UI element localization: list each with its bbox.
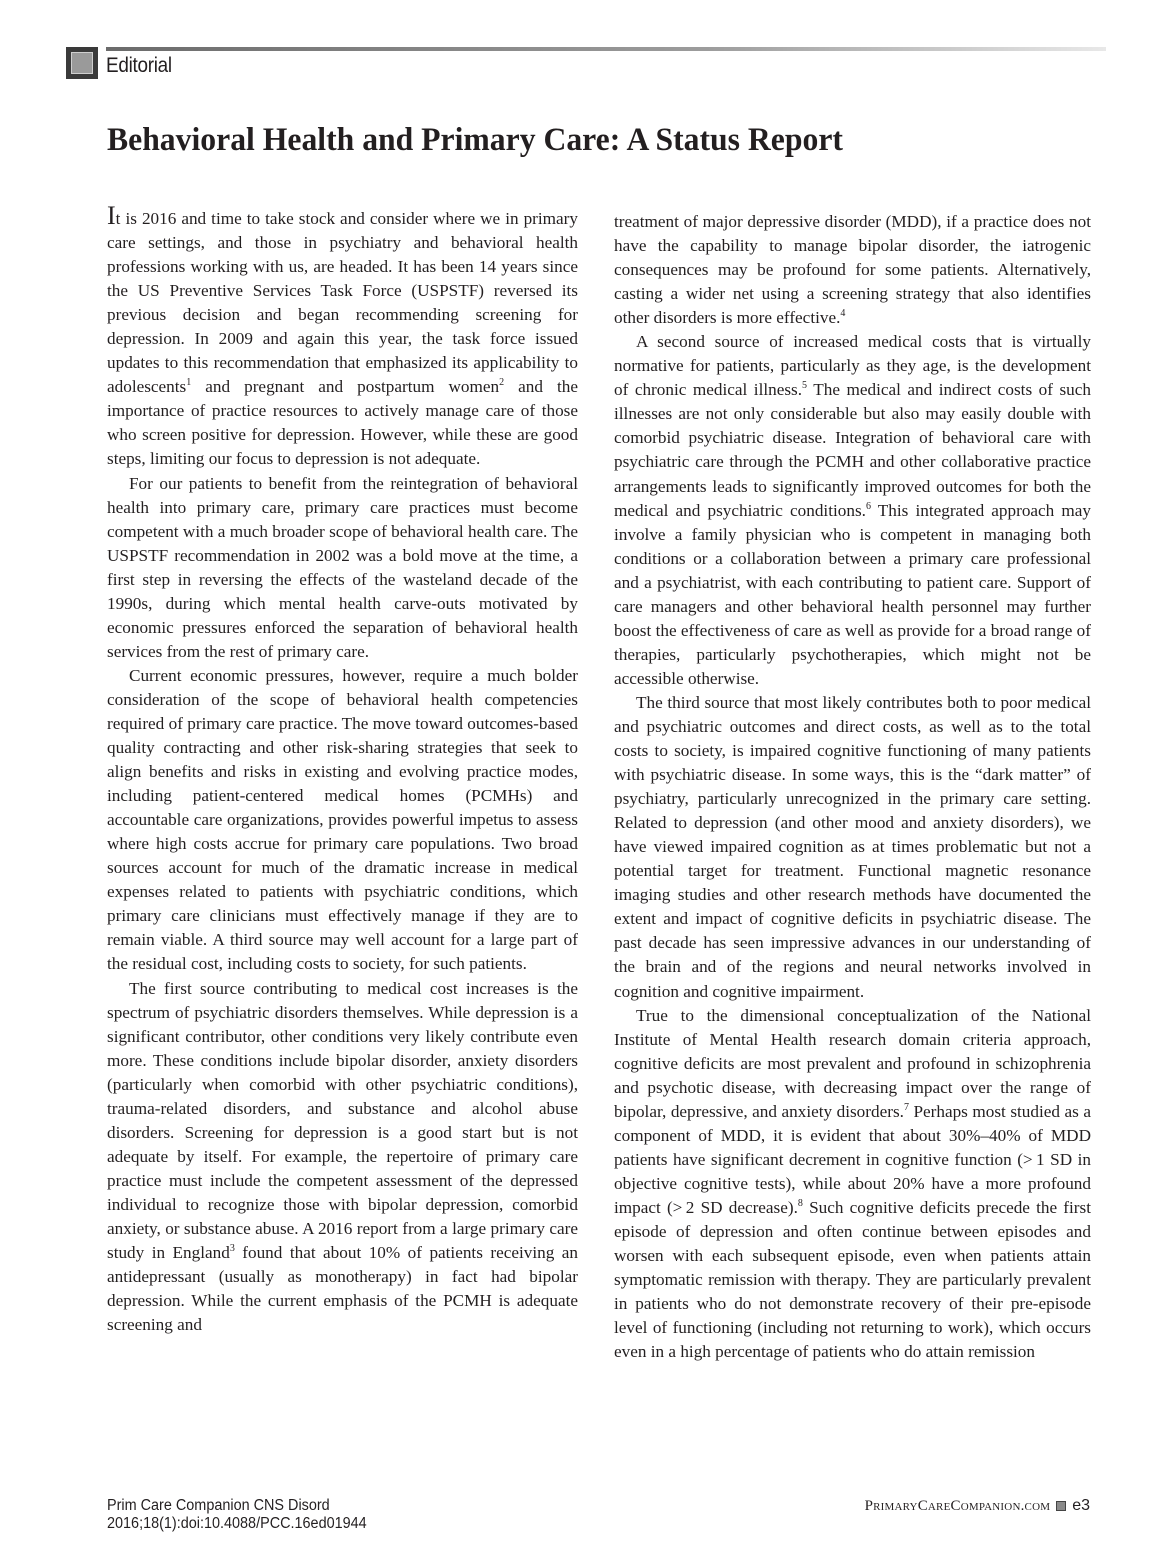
reference-4[interactable]: 4 <box>840 308 845 319</box>
drop-cap: I <box>107 201 116 230</box>
footer-site: PrimaryCareCompanion.com e3 <box>865 1497 1090 1515</box>
section-header: Editorial <box>66 45 1106 81</box>
paragraph: True to the dimensional conceptualizatio… <box>614 1004 1091 1365</box>
paragraph: The third source that most likely contri… <box>614 691 1091 1004</box>
left-column: It is 2016 and time to take stock and co… <box>107 206 578 1337</box>
page-number: e3 <box>1072 1497 1090 1515</box>
journal-name: Prim Care Companion CNS Disord <box>107 1497 367 1515</box>
square-bullet-icon <box>1056 1501 1066 1511</box>
footer-citation: Prim Care Companion CNS Disord 2016;18(1… <box>107 1497 367 1533</box>
site-link[interactable]: PrimaryCareCompanion.com <box>865 1497 1051 1515</box>
doi-citation[interactable]: 2016;18(1):doi:10.4088/PCC.16ed01944 <box>107 1515 367 1533</box>
right-column: treatment of major depressive disorder (… <box>614 210 1091 1364</box>
paragraph: Current economic pressures, however, req… <box>107 664 578 977</box>
paragraph: treatment of major depressive disorder (… <box>614 210 1091 330</box>
paragraph: The first source contributing to medical… <box>107 977 578 1338</box>
paragraph: A second source of increased medical cos… <box>614 330 1091 691</box>
article-title: Behavioral Health and Primary Care: A St… <box>107 122 843 159</box>
section-square-icon <box>66 47 98 79</box>
paragraph: It is 2016 and time to take stock and co… <box>107 206 578 472</box>
paragraph: For our patients to benefit from the rei… <box>107 472 578 664</box>
section-rule <box>106 47 1106 51</box>
section-label: Editorial <box>106 54 172 78</box>
